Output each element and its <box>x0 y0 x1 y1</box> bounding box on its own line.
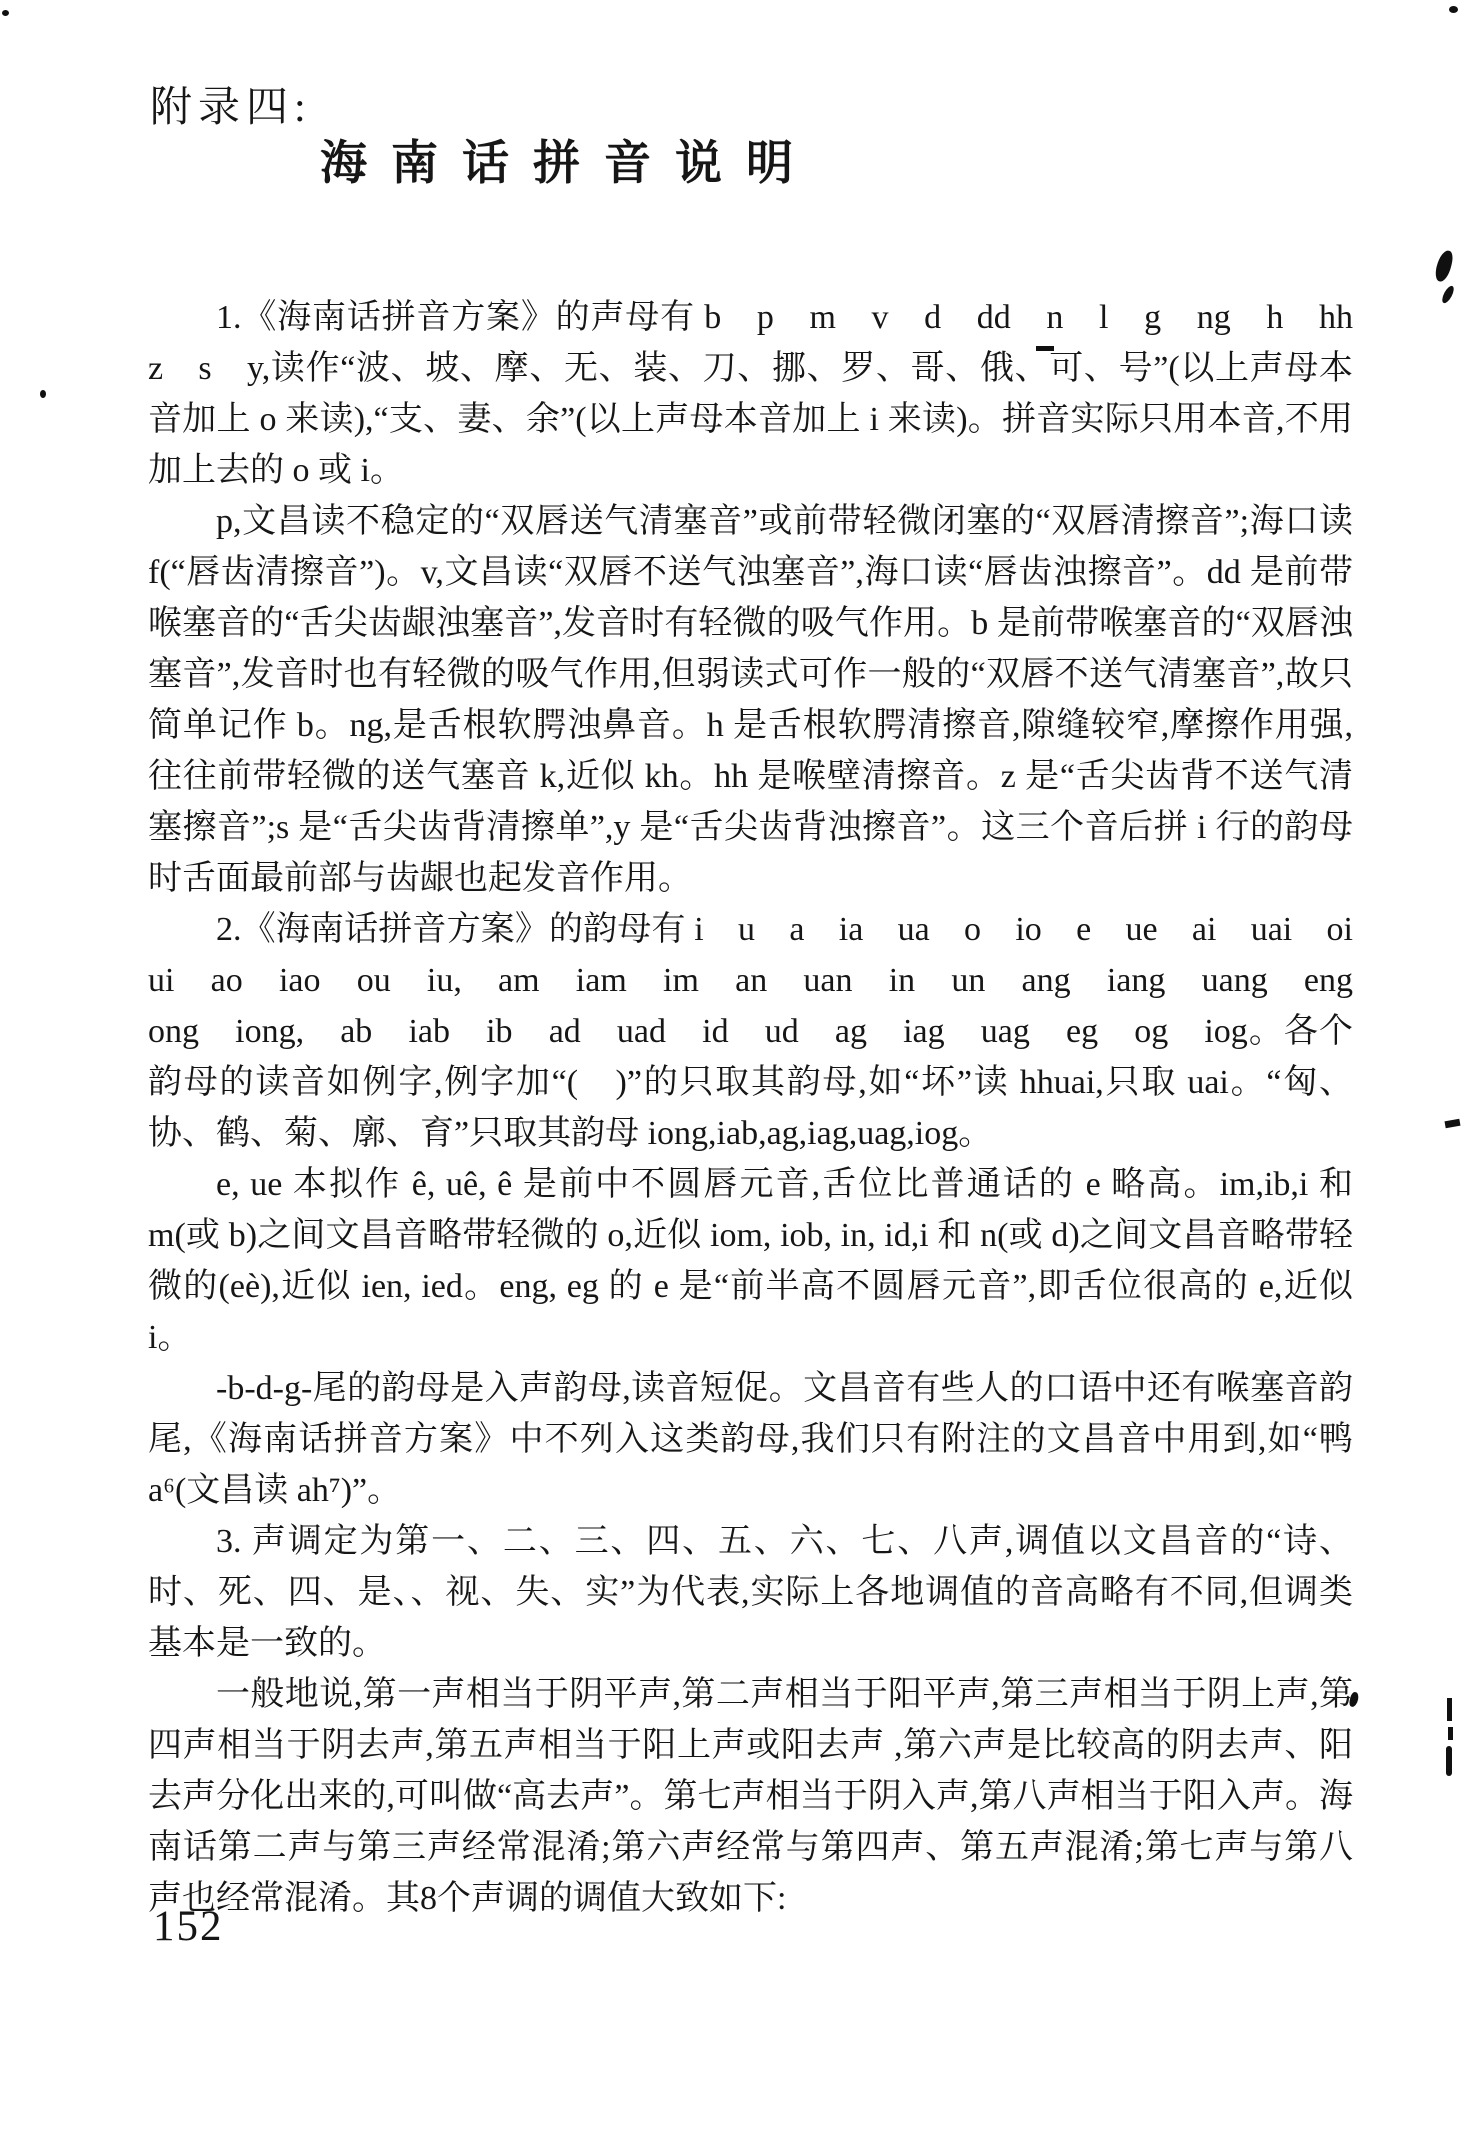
ink-mark <box>1449 6 1458 13</box>
paragraph-initials-detail: p,文昌读不稳定的“双唇送气清塞音”或前带轻微闭塞的“双唇清擦音”;海口读 f(… <box>148 496 1353 904</box>
ink-mark <box>1448 1727 1453 1740</box>
paragraph-initials-list: 1.《海南话拼音方案》的声母有 b p m v d dd n l g ng h … <box>148 292 1353 496</box>
page-title: 海南话拼音说明 <box>320 126 817 193</box>
paragraph-tones-detail: 一般地说,第一声相当于阴平声,第二声相当于阳平声,第三声相当于阴上声,第四声相当… <box>148 1669 1353 1924</box>
scanned-book-page: 附录四: 海南话拼音说明 1.《海南话拼音方案》的声母有 b p m v d d… <box>0 0 1474 2144</box>
ink-mark <box>1445 1119 1461 1128</box>
appendix-label: 附录四: <box>150 74 312 134</box>
body-text: 1.《海南话拼音方案》的声母有 b p m v d dd n l g ng h … <box>148 292 1353 1924</box>
ink-mark <box>1446 1746 1452 1776</box>
paragraph-tones-intro: 3. 声调定为第一、二、三、四、五、六、七、八声,调值以文昌音的“诗、时、死、四… <box>148 1516 1353 1669</box>
paragraph-finals-list: 2.《海南话拼音方案》的韵母有 i u a ia ua o io e ue ai… <box>148 904 1353 1159</box>
ink-mark <box>1440 284 1456 305</box>
ink-mark <box>2 10 9 16</box>
ink-mark <box>1433 249 1454 283</box>
ink-mark <box>40 390 46 398</box>
paragraph-finals-detail: e, ue 本拟作 ê, uê, ê 是前中不圆唇元音,舌位比普通话的 e 略高… <box>148 1159 1353 1363</box>
ink-mark <box>1036 346 1054 351</box>
ink-mark <box>1447 1698 1452 1721</box>
paragraph-entering-tone: -b-d-g-尾的韵母是入声韵母,读音短促。文昌音有些人的口语中还有喉塞音韵尾,… <box>148 1363 1353 1516</box>
page-number: 152 <box>153 1902 224 1951</box>
